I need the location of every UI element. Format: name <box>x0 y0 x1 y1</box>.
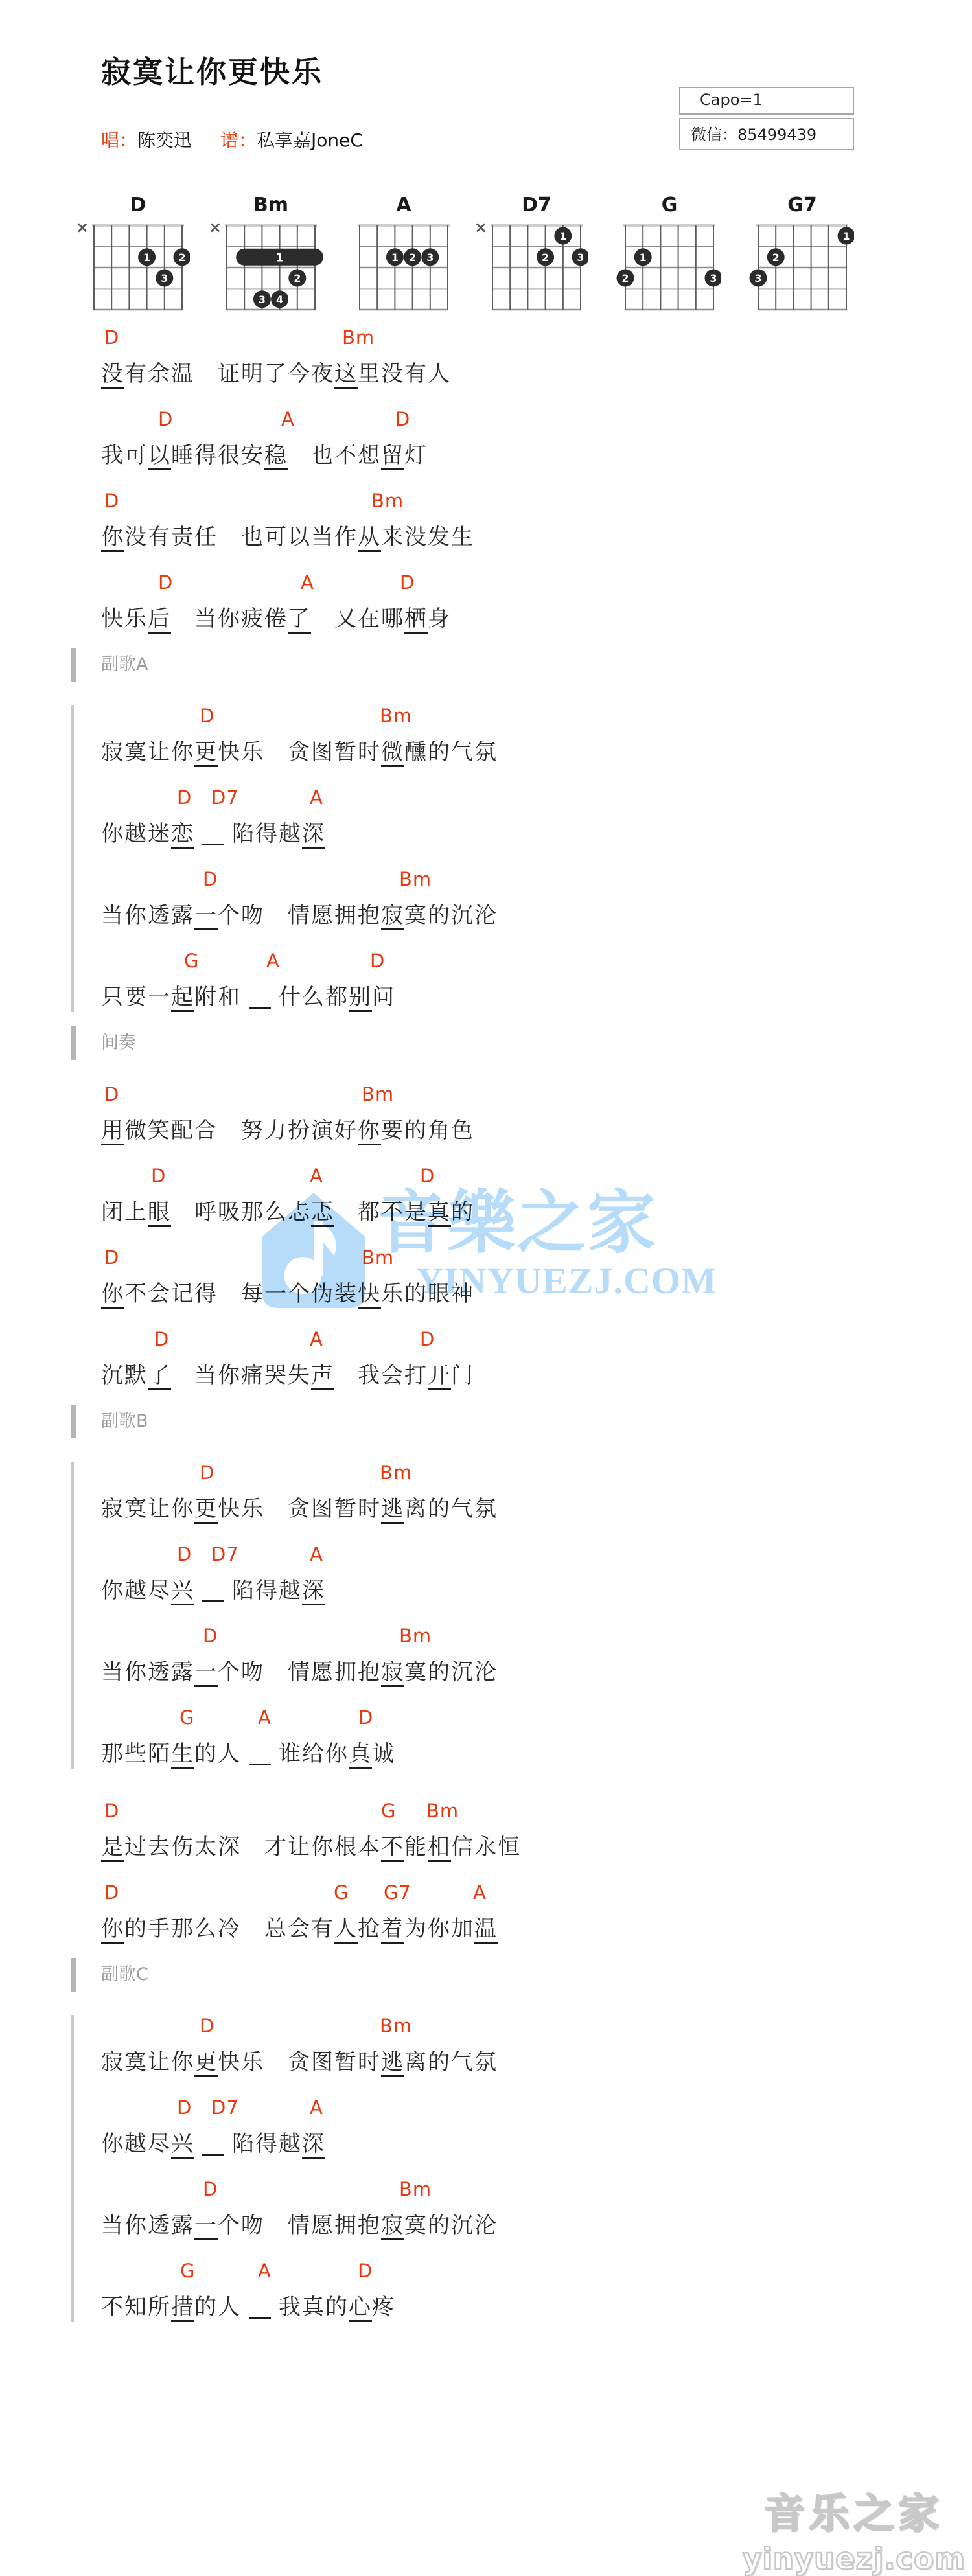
lyric-text: 寂寞让你 <box>101 1496 194 1522</box>
lyric-line: 寂寞让你更快乐 贪图暂时逃离的气氛 <box>101 1494 972 1524</box>
lyric-underlined: 心 <box>349 2294 372 2322</box>
lyric-text: 醺的气氛 <box>404 739 498 765</box>
section-verse: DBm没有余温 证明了今夜这里没有人DAD我可以睡得很安稳 也不想留灯DBm你没… <box>101 327 972 634</box>
lyric-underlined: 生 <box>171 1741 194 1769</box>
lyric-text: 的人 <box>194 2294 241 2320</box>
lyric-underlined: 开 <box>428 1363 451 1390</box>
section-label-chorus-a: 副歌A <box>101 653 972 676</box>
chord-label: G <box>184 950 199 972</box>
chord-label: A <box>310 787 323 809</box>
lyric-text: 寂寞让你 <box>101 2049 194 2075</box>
chord-label: Bm <box>399 1625 432 1647</box>
lyric-line: 我可以睡得很安稳 也不想留灯 <box>101 441 972 470</box>
svg-text:2: 2 <box>772 251 780 264</box>
lyric-line: 当你透露一个吻 情愿拥抱寂寞的沉沦 <box>101 901 972 930</box>
song-line: DBm没有余温 证明了今夜这里没有人 <box>101 327 972 389</box>
lyric-text: 信永恒 <box>451 1834 521 1860</box>
chord-label: D7 <box>211 787 239 809</box>
lyric-underlined: 忑 <box>311 1199 334 1227</box>
watermark-bottom-name: 音乐之家 <box>743 2481 966 2539</box>
chord-label: G7 <box>384 1881 411 1903</box>
arranger-name: 私享嘉JoneC <box>257 130 363 151</box>
chord-label: Bm <box>362 1083 394 1105</box>
lyric-text: 呼吸那么忐 <box>171 1199 311 1225</box>
lyric-underlined: 稳 <box>264 443 288 470</box>
lyric-text: 灯 <box>404 443 428 468</box>
fretboard-icon: ×123 <box>470 219 588 316</box>
section-bridge: DGBm是过去伤太深 才让你根本不能相信永恒DGG7A你的手那么冷 总会有人抢着… <box>101 1800 972 1944</box>
chord-label: Bm <box>362 1247 394 1269</box>
lyric-text: 来没发生 <box>381 524 474 550</box>
song-line: DD7A你越尽兴陷得越深 <box>101 2097 972 2159</box>
song-line: DAD沉默了 当你痛哭失声 我会打开门 <box>101 1328 972 1390</box>
svg-text:1: 1 <box>640 251 647 264</box>
singer-name: 陈奕迅 <box>137 130 192 151</box>
lyric-text: 陷得越 <box>232 1578 302 1604</box>
lyric-line: 用微笑配合 努力扮演好你要的角色 <box>101 1116 972 1145</box>
svg-text:2: 2 <box>621 272 629 284</box>
lyric-underlined: 更 <box>194 2049 218 2077</box>
lyric-text: 睡得很安 <box>171 443 264 468</box>
chord-label: D <box>104 1800 119 1822</box>
beat-gap <box>249 2298 271 2319</box>
lyric-underlined: 用 <box>101 1118 124 1145</box>
chord-row: DD7A <box>101 2097 972 2119</box>
svg-text:1: 1 <box>559 230 566 242</box>
lyric-text: 我会打 <box>334 1363 428 1388</box>
chord-row: DAD <box>101 408 972 430</box>
lyric-line: 你越尽兴陷得越深 <box>101 1576 972 1605</box>
singer-label: 唱： <box>101 130 137 151</box>
lyric-text: 微笑配合 努力扮演好 <box>124 1118 358 1144</box>
lyric-underlined: 一 <box>194 903 218 930</box>
song-line: DD7A你越尽兴陷得越深 <box>101 1543 972 1605</box>
lyric-underlined: 寂 <box>381 1659 404 1687</box>
lyric-text: 有余温 证明了今夜 <box>124 361 334 387</box>
section-label-interlude: 间奏 <box>101 1031 972 1055</box>
svg-text:×: × <box>209 219 222 236</box>
watermark-bottom-right: 音乐之家 yinyuezj.com <box>743 2481 966 2576</box>
lyric-text: 当你痛哭失 <box>171 1363 311 1388</box>
lyric-line: 寂寞让你更快乐 贪图暂时微醺的气氛 <box>101 737 972 767</box>
lyric-underlined: 不 <box>381 1834 404 1862</box>
lyric-text: 诚 <box>372 1741 395 1767</box>
beat-gap <box>249 988 271 1009</box>
section-lines: DBm寂寞让你更快乐 贪图暂时逃离的气氛DD7A你越尽兴陷得越深DBm当你透露一… <box>71 1462 972 1769</box>
lyric-underlined: 更 <box>194 739 218 767</box>
lyric-underlined: 以 <box>148 443 171 470</box>
lyric-text: 谁给你 <box>279 1741 349 1767</box>
chord-label: A <box>310 2097 323 2119</box>
lyric-line: 沉默了 当你痛哭失声 我会打开门 <box>101 1361 972 1390</box>
beat-gap <box>249 1745 271 1765</box>
lyric-underlined: 后 <box>148 606 171 634</box>
chord-row: DBm <box>101 1083 972 1105</box>
lyric-text: 离的气氛 <box>404 1496 498 1522</box>
svg-text:3: 3 <box>259 293 266 306</box>
lyric-text: 能 <box>404 1834 428 1860</box>
chord-row: DD7A <box>101 1543 972 1565</box>
lyric-underlined: 逃 <box>381 2049 404 2077</box>
lyric-text: 只要一 <box>101 984 171 1010</box>
lyric-text: 个吻 情愿拥抱 <box>218 903 381 928</box>
chord-label: A <box>258 1707 272 1729</box>
lyric-underlined: 了 <box>288 606 311 634</box>
chord-row: DBm <box>101 1462 972 1484</box>
chord-label: A <box>266 950 280 972</box>
chord-label: D <box>151 1165 166 1187</box>
lyric-line: 没有余温 证明了今夜这里没有人 <box>101 359 972 389</box>
lyric-underlined: 了 <box>148 1363 171 1390</box>
chord-diagram-D: D×123 <box>72 194 205 316</box>
lyric-text: 过去伤太深 才让你根本 <box>124 1834 381 1860</box>
lyric-line: 你越尽兴陷得越深 <box>101 2129 972 2159</box>
song-line: DBm用微笑配合 努力扮演好你要的角色 <box>101 1083 972 1145</box>
chord-label: A <box>310 1165 323 1187</box>
song-body: DBm没有余温 证明了今夜这里没有人DAD我可以睡得很安稳 也不想留灯DBm你没… <box>0 327 972 2322</box>
chord-label: D7 <box>211 1543 239 1565</box>
lyric-text: 寞的沉沦 <box>404 903 498 928</box>
chord-label: D <box>200 705 214 727</box>
watermark-bottom-domain: yinyuezj.com <box>743 2542 966 2576</box>
section-label-chorus-b: 副歌B <box>101 1410 972 1433</box>
chord-label: D <box>370 950 385 972</box>
chord-row: DGBm <box>101 1800 972 1822</box>
chord-row: GAD <box>101 1707 972 1729</box>
chord-row: DGG7A <box>101 1881 972 1903</box>
chord-label: A <box>258 2260 272 2282</box>
capo-value: Capo=1 <box>679 87 854 115</box>
chord-label: D <box>203 868 218 890</box>
lyric-underlined: 措 <box>171 2294 194 2322</box>
svg-text:×: × <box>474 219 487 236</box>
chord-label: D <box>104 1881 119 1903</box>
lyric-underlined: 快 <box>358 1281 381 1309</box>
song-line: DD7A你越迷恋陷得越深 <box>101 787 972 849</box>
section-chorus-c: 副歌CDBm寂寞让你更快乐 贪图暂时逃离的气氛DD7A你越尽兴陷得越深DBm当你… <box>101 1963 972 2322</box>
lyric-text: 寞的沉沦 <box>404 2213 498 2238</box>
chord-label: D <box>104 1247 119 1269</box>
song-line: DAD我可以睡得很安稳 也不想留灯 <box>101 408 972 470</box>
lyric-underlined: 一 <box>194 1659 218 1687</box>
lyric-underlined: 眼 <box>148 1199 171 1227</box>
chord-label: G <box>334 1881 349 1903</box>
chord-label: D <box>177 2097 192 2119</box>
chord-label: D <box>154 1328 169 1350</box>
lyric-text: 为你加 <box>404 1916 474 1942</box>
svg-text:4: 4 <box>276 293 283 306</box>
lyric-underlined: 你 <box>101 1281 124 1309</box>
section-chorus-b: 副歌BDBm寂寞让你更快乐 贪图暂时逃离的气氛DD7A你越尽兴陷得越深DBm当你… <box>101 1410 972 1769</box>
lyric-underlined: 这 <box>334 361 358 389</box>
lyric-text: 我真的 <box>279 2294 349 2320</box>
lyric-text: 没有责任 也可以当作 <box>124 524 358 550</box>
chord-diagram-A: A123 <box>338 194 470 316</box>
chord-label: D7 <box>211 2097 239 2119</box>
chord-label: D <box>104 490 119 512</box>
arranger-label: 谱： <box>220 130 257 151</box>
chord-diagram-name: Bm <box>220 194 321 216</box>
lyric-text: 陷得越 <box>232 2131 302 2157</box>
lyric-line: 你越迷恋陷得越深 <box>101 819 972 849</box>
lyric-underlined: 留 <box>381 443 404 470</box>
svg-text:1: 1 <box>143 251 150 264</box>
song-line: DAD闭上眼 呼吸那么忐忑 都不是真的 <box>101 1165 972 1227</box>
svg-text:1: 1 <box>275 251 284 264</box>
song-line: DBm你没有责任 也可以当作从来没发生 <box>101 490 972 552</box>
chord-diagram-name: D7 <box>486 194 587 216</box>
chord-row: DD7A <box>101 787 972 809</box>
lyric-underlined: 人 <box>334 1916 358 1944</box>
lyric-text: 陷得越 <box>232 821 302 847</box>
lyric-underlined: 更 <box>194 1496 218 1524</box>
chord-label: Bm <box>399 2178 432 2200</box>
lyric-underlined: 栖 <box>404 606 428 634</box>
page-title: 寂寞让你更快乐 <box>101 54 972 90</box>
lyric-text: 什么都 <box>279 984 349 1010</box>
song-line: GAD不知所措的人我真的心疼 <box>101 2260 972 2322</box>
lyric-text: 你越尽 <box>101 1578 171 1604</box>
lyric-text: 沉默 <box>101 1363 148 1388</box>
fretboard-icon: 123 <box>603 219 721 316</box>
chord-label: D <box>400 571 415 593</box>
chord-row: DBm <box>101 327 972 349</box>
lyric-underlined: 寂 <box>381 2213 404 2240</box>
lyric-text: 当你透露 <box>101 1659 194 1685</box>
lyric-underlined: 一 <box>194 2213 218 2240</box>
chord-row: DBm <box>101 868 972 890</box>
chord-label: G <box>381 1800 396 1822</box>
beat-gap <box>202 2135 224 2156</box>
fretboard-icon: ×1234 <box>205 219 323 316</box>
lyric-text: 寂寞让你 <box>101 739 194 765</box>
song-line: DGBm是过去伤太深 才让你根本不能相信永恒 <box>101 1800 972 1862</box>
lyric-line: 闭上眼 呼吸那么忐忑 都不是真的 <box>101 1197 972 1227</box>
chord-row: GAD <box>101 950 972 972</box>
lyric-text: 疼 <box>372 2294 395 2320</box>
chord-label: D <box>420 1165 435 1187</box>
lyric-underlined: 相 <box>428 1834 451 1862</box>
lyric-text: 快乐 贪图暂时 <box>218 2049 381 2075</box>
chord-label: G <box>180 2260 195 2282</box>
chord-diagram-D7: D7×123 <box>470 194 603 316</box>
lyric-text: 身 <box>428 606 451 632</box>
chord-label: D <box>395 408 410 430</box>
chord-row: GAD <box>101 2260 972 2282</box>
song-line: GAD只要一起附和什么都别问 <box>101 950 972 1012</box>
chord-diagram-name: G7 <box>752 194 853 216</box>
lyric-text: 你越迷 <box>101 821 171 847</box>
chord-label: Bm <box>399 868 432 890</box>
lyric-underlined: 别 <box>349 984 372 1012</box>
chord-label: D <box>420 1328 435 1350</box>
lyric-underlined: 恋 <box>171 821 194 849</box>
lyric-underlined: 起 <box>171 984 194 1012</box>
chord-row: DBm <box>101 490 972 512</box>
section-chorus-a: 副歌ADBm寂寞让你更快乐 贪图暂时微醺的气氛DD7A你越迷恋陷得越深DBm当你… <box>101 653 972 1012</box>
section-label-chorus-c: 副歌C <box>101 1963 972 1986</box>
lyric-underlined: 真 <box>428 1199 451 1227</box>
lyric-underlined: 你 <box>101 1916 124 1944</box>
chord-label: A <box>473 1881 487 1903</box>
chord-row: DAD <box>101 1165 972 1187</box>
capo-info-box: Capo=1 微信：85499439 <box>679 87 854 154</box>
chord-label: D <box>158 571 173 593</box>
svg-text:2: 2 <box>294 272 301 284</box>
song-line: GAD那些陌生的人谁给你真诚 <box>101 1707 972 1769</box>
chord-diagram-G7: G7123 <box>736 194 869 316</box>
song-line: DBm寂寞让你更快乐 贪图暂时逃离的气氛 <box>101 2015 972 2077</box>
svg-text:2: 2 <box>178 251 185 264</box>
lyric-text: 乐的眼神 <box>381 1281 474 1307</box>
section-lines: DBm寂寞让你更快乐 贪图暂时微醺的气氛DD7A你越迷恋陷得越深DBm当你透露一… <box>71 705 972 1012</box>
lyric-text: 你越尽 <box>101 2131 171 2157</box>
chord-label: D <box>104 1083 119 1105</box>
lyric-line: 你没有责任 也可以当作从来没发生 <box>101 522 972 552</box>
lyric-underlined: 是 <box>101 1834 124 1862</box>
song-line: DGG7A你的手那么冷 总会有人抢着为你加温 <box>101 1881 972 1944</box>
chord-label: D <box>203 1625 218 1647</box>
lyric-text: 不会记得 每一个伪装 <box>124 1281 358 1307</box>
section-lines: DBm寂寞让你更快乐 贪图暂时逃离的气氛DD7A你越尽兴陷得越深DBm当你透露一… <box>71 2015 972 2322</box>
fretboard-icon: 123 <box>338 219 456 316</box>
chord-row: DAD <box>101 1328 972 1350</box>
svg-text:3: 3 <box>754 272 761 284</box>
chord-label: A <box>301 571 314 593</box>
beat-gap <box>202 825 224 845</box>
lyric-text: 要的角色 <box>381 1118 474 1144</box>
lyric-text: 寞的沉沦 <box>404 1659 498 1685</box>
lyric-underlined: 没 <box>101 361 124 389</box>
lyric-underlined: 温 <box>474 1916 498 1944</box>
chord-row: DBm <box>101 1247 972 1269</box>
lyric-underlined: 真 <box>349 1741 372 1769</box>
song-line: DBm当你透露一个吻 情愿拥抱寂寞的沉沦 <box>101 1625 972 1687</box>
lyric-line: 不知所措的人我真的心疼 <box>101 2292 972 2322</box>
lyric-text: 个吻 情愿拥抱 <box>218 2213 381 2238</box>
chord-diagram-name: D <box>87 194 189 216</box>
svg-text:3: 3 <box>161 272 168 284</box>
lyric-text: 当你透露 <box>101 2213 194 2238</box>
beat-gap <box>202 1581 224 1602</box>
lyric-line: 是过去伤太深 才让你根本不能相信永恒 <box>101 1832 972 1862</box>
lyric-text: 个吻 情愿拥抱 <box>218 1659 381 1685</box>
chord-diagram-G: G123 <box>603 194 736 316</box>
section-lines: DBm没有余温 证明了今夜这里没有人DAD我可以睡得很安稳 也不想留灯DBm你没… <box>71 327 972 634</box>
chord-label: Bm <box>371 490 404 512</box>
chord-row: DBm <box>101 2178 972 2200</box>
chord-label: G <box>179 1707 194 1729</box>
lyric-text: 又在哪 <box>311 606 404 632</box>
lyric-line: 当你透露一个吻 情愿拥抱寂寞的沉沦 <box>101 2211 972 2240</box>
lyric-line: 快乐后 当你疲倦了 又在哪栖身 <box>101 604 972 634</box>
svg-text:1: 1 <box>842 230 850 242</box>
chord-row: DBm <box>101 2015 972 2037</box>
lyric-underlined: 声 <box>311 1363 334 1390</box>
chord-label: D <box>200 1462 214 1484</box>
svg-text:×: × <box>76 219 89 236</box>
chord-label: D <box>203 2178 218 2200</box>
lyric-text: 问 <box>372 984 395 1010</box>
chord-label: Bm <box>380 2015 412 2037</box>
lyric-text: 的 <box>451 1199 474 1225</box>
chord-label: D <box>104 327 119 349</box>
chord-diagrams: D×123Bm×1234A123D7×123G123G7123 <box>0 194 972 316</box>
lyric-underlined: 着 <box>381 1916 404 1944</box>
chord-diagram-Bm: Bm×1234 <box>205 194 338 316</box>
chord-label: A <box>310 1543 323 1565</box>
wechat-contact: 微信：85499439 <box>679 118 854 150</box>
chord-label: Bm <box>426 1800 459 1822</box>
lyric-text: 的人 <box>194 1741 241 1767</box>
svg-text:2: 2 <box>409 251 416 264</box>
svg-text:3: 3 <box>710 272 717 284</box>
lyric-underlined: 兴 <box>171 1578 194 1605</box>
lyric-underlined: 深 <box>302 1578 325 1605</box>
lyric-text: 我可 <box>101 443 148 468</box>
lyric-text: 的手那么冷 总会有 <box>124 1916 334 1942</box>
lyric-text: 快乐 贪图暂时 <box>218 1496 381 1522</box>
lyric-text: 都不是 <box>334 1199 428 1225</box>
lyric-underlined: 微 <box>381 739 404 767</box>
lyric-underlined: 兴 <box>171 2131 194 2159</box>
chord-diagram-name: G <box>619 194 720 216</box>
fretboard-icon: 123 <box>736 219 854 316</box>
svg-text:2: 2 <box>542 251 549 264</box>
chord-label: A <box>310 1328 323 1350</box>
lyric-underlined: 深 <box>302 821 325 849</box>
svg-text:3: 3 <box>577 251 584 264</box>
lyric-text: 离的气氛 <box>404 2049 498 2075</box>
song-line: DBm当你透露一个吻 情愿拥抱寂寞的沉沦 <box>101 2178 972 2240</box>
lyric-text: 快乐 贪图暂时 <box>218 739 381 765</box>
lyric-underlined: 逃 <box>381 1496 404 1524</box>
song-line: DBm寂寞让你更快乐 贪图暂时逃离的气氛 <box>101 1462 972 1524</box>
lyric-line: 寂寞让你更快乐 贪图暂时逃离的气氛 <box>101 2047 972 2077</box>
lyric-text: 快乐 <box>101 606 148 632</box>
lyric-line: 那些陌生的人谁给你真诚 <box>101 1739 972 1769</box>
chord-label: Bm <box>380 1462 412 1484</box>
lyric-underlined: 你 <box>358 1118 381 1145</box>
lyric-line: 你的手那么冷 总会有人抢着为你加温 <box>101 1914 972 1944</box>
chord-label: D <box>358 1707 373 1729</box>
song-line: DAD快乐后 当你疲倦了 又在哪栖身 <box>101 571 972 634</box>
chord-sheet-page: 寂寞让你更快乐 唱：陈奕迅谱：私享嘉JoneC Capo=1 微信：854994… <box>0 0 972 2576</box>
chord-label: Bm <box>380 705 412 727</box>
lyric-line: 只要一起附和什么都别问 <box>101 982 972 1012</box>
lyric-text: 也不想 <box>288 443 381 468</box>
lyric-text: 当你疲倦 <box>171 606 288 632</box>
lyric-text: 门 <box>451 1363 474 1388</box>
lyric-text: 当你透露 <box>101 903 194 928</box>
section-lines: DBm用微笑配合 努力扮演好你要的角色DAD闭上眼 呼吸那么忐忑 都不是真的DB… <box>71 1083 972 1390</box>
chord-row: DBm <box>101 1625 972 1647</box>
song-line: DBm你不会记得 每一个伪装快乐的眼神 <box>101 1247 972 1309</box>
lyric-text: 抢 <box>358 1916 381 1942</box>
chord-label: A <box>281 408 295 430</box>
chord-label: D <box>177 1543 192 1565</box>
chord-label: Bm <box>342 327 375 349</box>
chord-label: D <box>200 2015 214 2037</box>
chord-diagram-name: A <box>353 194 454 216</box>
chord-label: D <box>177 787 192 809</box>
fretboard-icon: ×123 <box>72 219 190 316</box>
lyric-text: 附和 <box>194 984 241 1010</box>
lyric-underlined: 寂 <box>381 903 404 930</box>
song-line: DBm当你透露一个吻 情愿拥抱寂寞的沉沦 <box>101 868 972 930</box>
svg-text:3: 3 <box>426 251 434 264</box>
section-lines: DGBm是过去伤太深 才让你根本不能相信永恒DGG7A你的手那么冷 总会有人抢着… <box>71 1800 972 1944</box>
